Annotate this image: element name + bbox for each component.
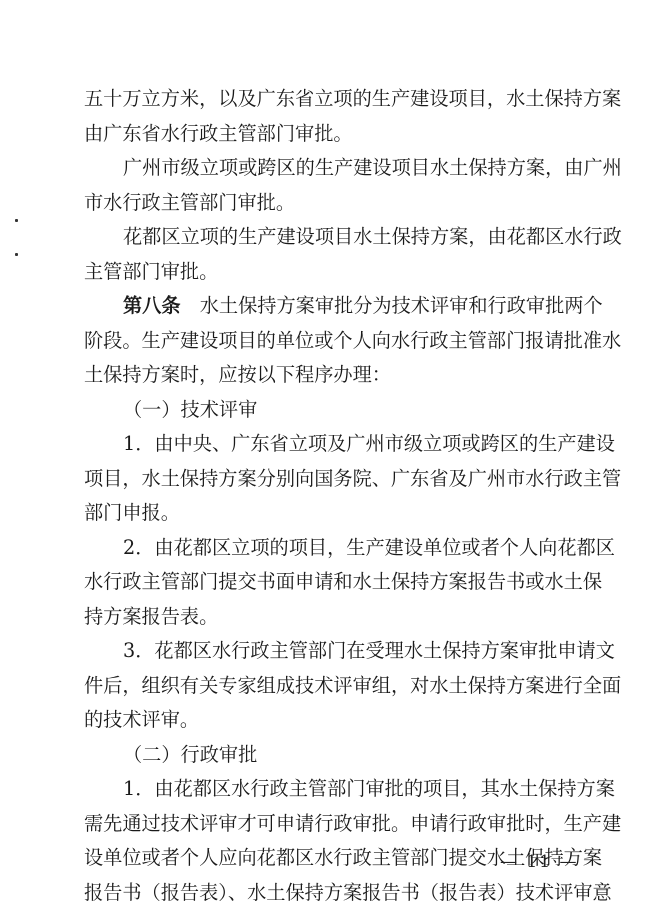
text-line-content: 2．由花都区立项的项目，生产建设单位或者个人向花都区	[123, 536, 615, 559]
text-line: 1．由花都区水行政主管部门审批的项目，其水土保持方案	[84, 772, 564, 807]
text-line: 需先通过技术评审才可申请行政审批。申请行政审批时，生产建	[84, 807, 564, 842]
text-line-content: 件后，组织有关专家组成技术评审组，对水土保持方案进行全面	[84, 674, 621, 697]
text-line-content: 部门申报。	[84, 501, 180, 524]
text-line-content: 阶段。生产建设项目的单位或个人向水行政主管部门报请批准水	[84, 329, 621, 352]
text-line: （一）技术评审	[84, 393, 564, 428]
text-line-content: 市水行政主管部门审批。	[84, 191, 295, 214]
text-line-content: 报告书（报告表）、水土保持方案报告书（报告表）技术评审意	[84, 881, 612, 904]
text-line: 市水行政主管部门审批。	[84, 186, 564, 221]
page-number: — 11 —	[500, 852, 578, 872]
text-line-content: （二）行政审批	[123, 743, 257, 766]
text-line: 持方案报告表。	[84, 600, 564, 635]
text-line: 第八条 水土保持方案审批分为技术评审和行政审批两个	[84, 289, 564, 324]
text-line-content: 1．由中央、广东省立项及广州市级立项或跨区的生产建设	[123, 432, 615, 455]
text-line-content: 主管部门审批。	[84, 260, 218, 283]
article-label: 第八条	[123, 294, 200, 317]
text-line-content: 花都区立项的生产建设项目水土保持方案，由花都区水行政	[123, 225, 622, 248]
document-page: 五十万立方米，以及广东省立项的生产建设项目，水土保持方案由广东省水行政主管部门审…	[0, 0, 650, 920]
text-line: 设单位或者个人应向花都区水行政主管部门提交水土保持方案	[84, 841, 564, 876]
text-line-content: 持方案报告表。	[84, 605, 218, 628]
text-line-content: 广州市级立项或跨区的生产建设项目水土保持方案，由广州	[123, 156, 622, 179]
margin-dot	[15, 253, 18, 256]
text-line: 3．花都区水行政主管部门在受理水土保持方案审批申请文	[84, 634, 564, 669]
text-line: 项目，水土保持方案分别向国务院、广东省及广州市水行政主管	[84, 462, 564, 497]
text-line-content: 由广东省水行政主管部门审批。	[84, 122, 353, 145]
text-line: 件后，组织有关专家组成技术评审组，对水土保持方案进行全面	[84, 669, 564, 704]
body-text: 五十万立方米，以及广东省立项的生产建设项目，水土保持方案由广东省水行政主管部门审…	[84, 82, 564, 910]
text-line: （二）行政审批	[84, 738, 564, 773]
text-line: 的技术评审。	[84, 703, 564, 738]
margin-dot	[15, 219, 18, 222]
text-line: 由广东省水行政主管部门审批。	[84, 117, 564, 152]
text-line-content: （一）技术评审	[123, 398, 257, 421]
text-line-content: 五十万立方米，以及广东省立项的生产建设项目，水土保持方案	[84, 87, 621, 110]
text-line-content: 土保持方案时，应按以下程序办理：	[84, 363, 391, 386]
text-line: 土保持方案时，应按以下程序办理：	[84, 358, 564, 393]
text-line: 2．由花都区立项的项目，生产建设单位或者个人向花都区	[84, 531, 564, 566]
text-line: 报告书（报告表）、水土保持方案报告书（报告表）技术评审意	[84, 876, 564, 911]
text-line-content: 需先通过技术评审才可申请行政审批。申请行政审批时，生产建	[84, 812, 621, 835]
text-line-content: 水土保持方案审批分为技术评审和行政审批两个	[200, 294, 603, 317]
text-line-content: 的技术评审。	[84, 708, 199, 731]
text-line-content: 1．由花都区水行政主管部门审批的项目，其水土保持方案	[123, 777, 615, 800]
text-line-content: 3．花都区水行政主管部门在受理水土保持方案审批申请文	[123, 639, 615, 662]
text-line-content: 项目，水土保持方案分别向国务院、广东省及广州市水行政主管	[84, 467, 621, 490]
text-line: 主管部门审批。	[84, 255, 564, 290]
text-line-content: 水行政主管部门提交书面申请和水土保持方案报告书或水土保	[84, 570, 602, 593]
text-line: 阶段。生产建设项目的单位或个人向水行政主管部门报请批准水	[84, 324, 564, 359]
text-line: 五十万立方米，以及广东省立项的生产建设项目，水土保持方案	[84, 82, 564, 117]
text-line: 部门申报。	[84, 496, 564, 531]
text-line: 花都区立项的生产建设项目水土保持方案，由花都区水行政	[84, 220, 564, 255]
text-line: 水行政主管部门提交书面申请和水土保持方案报告书或水土保	[84, 565, 564, 600]
text-line: 广州市级立项或跨区的生产建设项目水土保持方案，由广州	[84, 151, 564, 186]
text-line: 1．由中央、广东省立项及广州市级立项或跨区的生产建设	[84, 427, 564, 462]
